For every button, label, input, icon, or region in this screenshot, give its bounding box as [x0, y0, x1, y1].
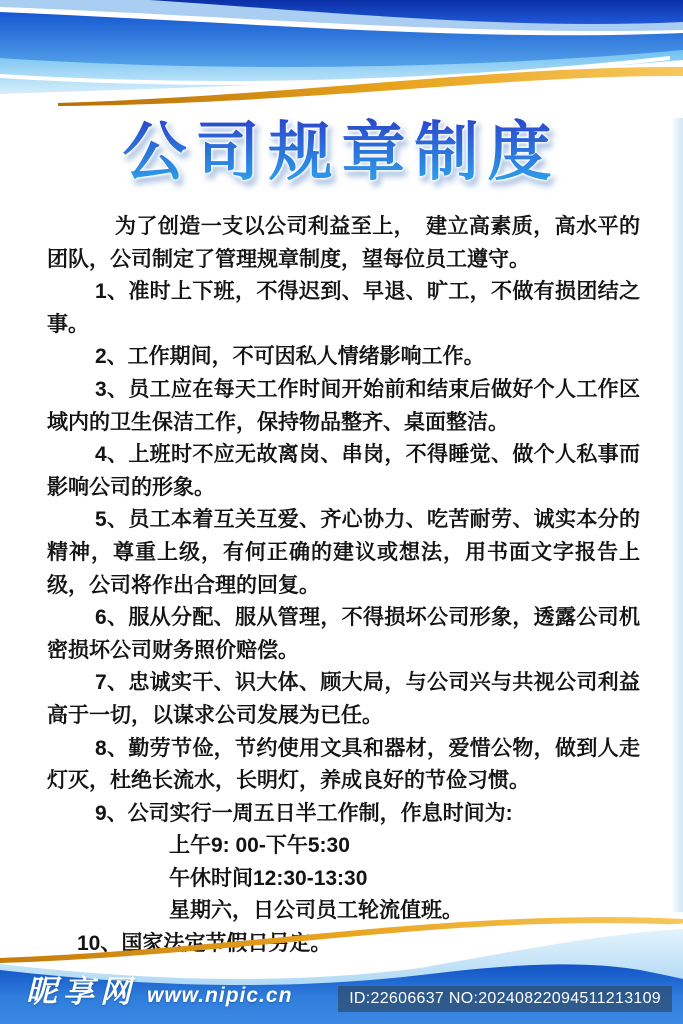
rule-item-3: 3、员工应在每天工作时间开始前和结束后做好个人工作区域内的卫生保洁工作，保持物品…	[47, 374, 640, 439]
rule-item-1: 1、准时上下班，不得迟到、早退、旷工，不做有损团结之事。	[47, 276, 640, 341]
page-title: 公司规章制度	[0, 106, 683, 199]
rule-item-8: 8、勤劳节俭，节约使用文具和器材，爱惜公物，做到人走灯灭，杜绝长流水，长明灯，养…	[47, 733, 640, 798]
schedule-line-morning: 上午9: 00-下午5:30	[47, 830, 640, 863]
rules-content: 为了创造一支以公司利益至上， 建立高素质，高水平的团队，公司制定了管理规章制度，…	[47, 211, 640, 961]
site-watermark: 昵享网 www.nipic.cn	[26, 966, 292, 1011]
rule-item-6: 6、服从分配、服从管理，不得损坏公司形象，透露公司机密损坏公司财务照价赔偿。	[47, 602, 640, 667]
rule-item-4: 4、上班时不应无故离岗、串岗，不得睡觉、做个人私事而影响公司的形象。	[47, 439, 640, 504]
site-url-text: www.nipic.cn	[147, 984, 292, 1008]
header-wave-graphic	[0, 0, 683, 118]
rule-item-2: 2、工作期间，不可因私人情绪影响工作。	[47, 341, 640, 374]
intro-paragraph: 为了创造一支以公司利益至上， 建立高素质，高水平的团队，公司制定了管理规章制度，…	[47, 211, 640, 276]
poster-root: 公司规章制度 为了创造一支以公司利益至上， 建立高素质，高水平的团队，公司制定了…	[0, 0, 683, 1024]
rule-item-7: 7、忠诚实干、识大体、顾大局，与公司兴与共视公司利益高于一切，以谋求公司发展为已…	[47, 667, 640, 732]
rule-item-5: 5、员工本着互关互爱、齐心协力、吃苦耐劳、诚实本分的精神，尊重上级，有何正确的建…	[47, 504, 640, 602]
image-id-badge: ID:22606637 NO:20240822094511213109	[338, 986, 672, 1012]
site-logo-text: 昵享网	[26, 966, 137, 1011]
right-edge-tint	[671, 118, 683, 912]
rule-item-9: 9、公司实行一周五日半工作制，作息时间为:	[47, 798, 640, 831]
schedule-line-noon: 午休时间12:30-13:30	[47, 863, 640, 896]
